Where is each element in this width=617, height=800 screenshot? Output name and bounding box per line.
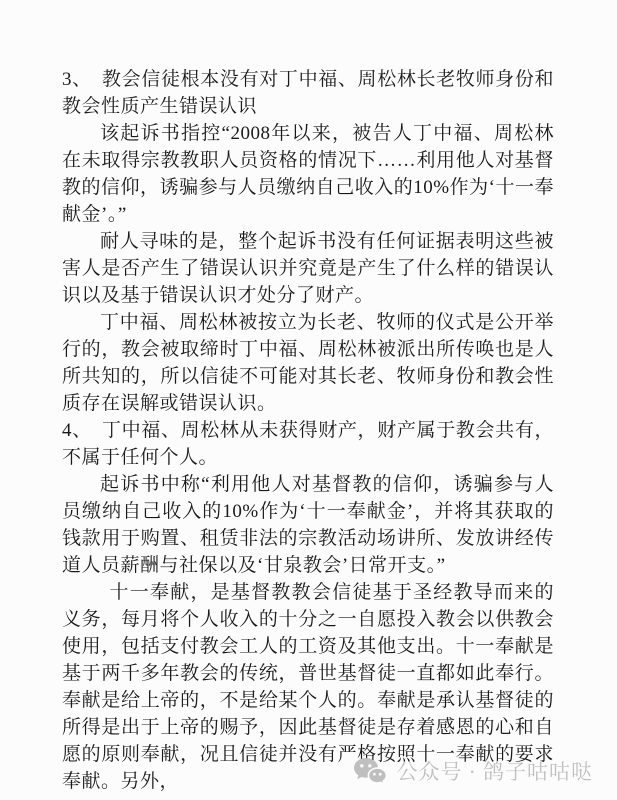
document-page: 3、 教会信徒根本没有对丁中福、周松林长老牧师身份和教会性质产生错误认识 该起诉… xyxy=(0,0,617,800)
wechat-icon xyxy=(353,757,387,786)
section-heading-4: 4、 丁中福、周松林从未获得财产，财产属于教会共有，不属于任何个人。 xyxy=(62,417,554,471)
document-body: 3、 教会信徒根本没有对丁中福、周松林长老牧师身份和教会性质产生错误认识 该起诉… xyxy=(62,66,554,795)
paragraph-tithe-accusation: 起诉书中称“利用他人对基督教的信仰，诱骗参与人员缴纳自己收入的10%作为‘十一奉… xyxy=(62,471,554,579)
watermark-text: 公众号 · 鸽子咕咕哒 xyxy=(397,756,594,786)
paragraph-ordination-public: 丁中福、周松林被按立为长老、牧师的仪式是公开举行的，教会被取缔时丁中福、周松林被… xyxy=(62,309,554,417)
paragraph-indictment-quote: 该起诉书指控“2008年以来，被告人丁中福、周松林在未取得宗教教职人员资格的情况… xyxy=(62,120,554,228)
wechat-watermark: 公众号 · 鸽子咕咕哒 xyxy=(353,754,594,788)
paragraph-no-evidence: 耐人寻味的是，整个起诉书没有任何证据表明这些被害人是否产生了错误认识并究竟是产生… xyxy=(62,228,554,309)
section-heading-3: 3、 教会信徒根本没有对丁中福、周松林长老牧师身份和教会性质产生错误认识 xyxy=(62,66,554,120)
